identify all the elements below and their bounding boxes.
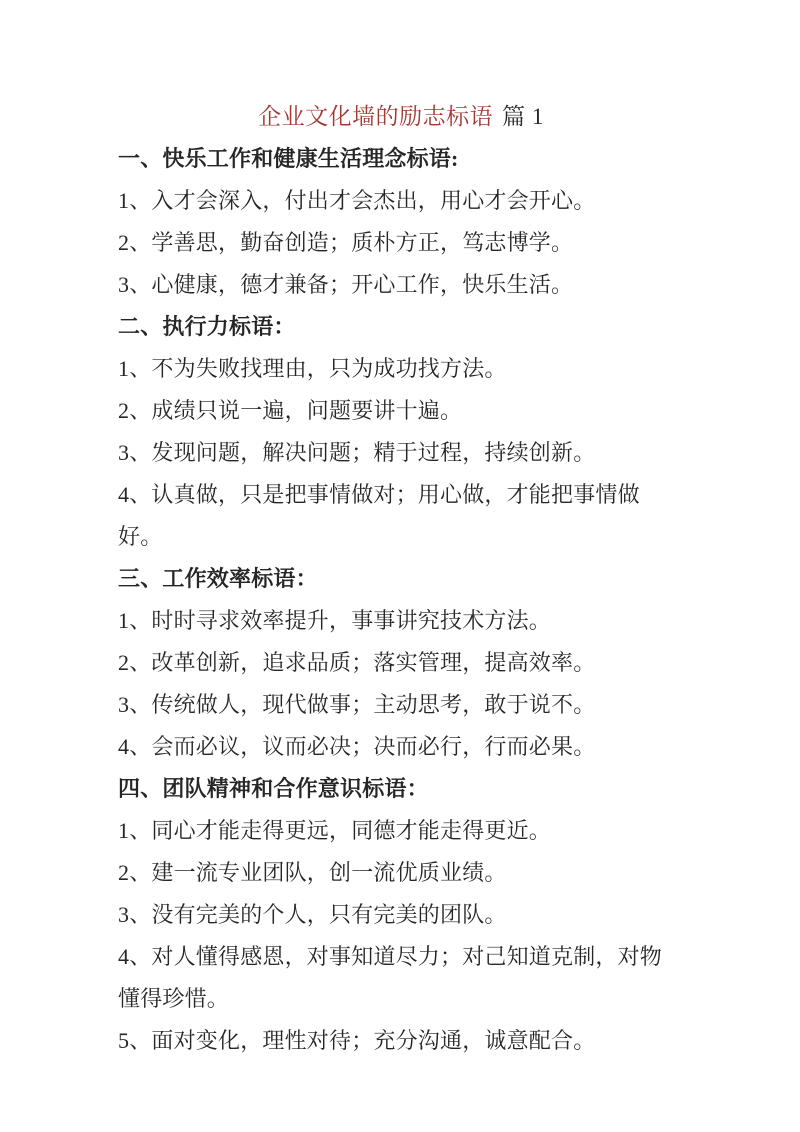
section-teamwork: 四、团队精神和合作意识标语： 1、同心才能走得更远，同德才能走得更近。 2、建一… (118, 768, 684, 1062)
section-happy-work: 一、快乐工作和健康生活理念标语: 1、入才会深入，付出才会杰出，用心才会开心。 … (118, 138, 684, 306)
slogan-item: 3、没有完美的个人，只有完美的团队。 (118, 894, 684, 936)
slogan-item: 2、改革创新，追求品质；落实管理，提高效率。 (118, 642, 684, 684)
slogan-item: 4、对人懂得感恩，对事知道尽力；对己知道克制，对物懂得珍惜。 (118, 936, 684, 1020)
slogan-item: 2、建一流专业团队，创一流优质业绩。 (118, 852, 684, 894)
page-title-suffix: 篇 1 (502, 104, 544, 129)
slogan-item: 4、会而必议，议而必决；决而必行，行而必果。 (118, 726, 684, 768)
slogan-item: 1、同心才能走得更远，同德才能走得更近。 (118, 810, 684, 852)
section-execution: 二、执行力标语： 1、不为失败找理由，只为成功找方法。 2、成绩只说一遍，问题要… (118, 306, 684, 558)
section-heading: 三、工作效率标语： (118, 558, 684, 600)
document-page: 企业文化墙的励志标语篇 1 一、快乐工作和健康生活理念标语: 1、入才会深入，付… (0, 0, 800, 1132)
slogan-item: 5、面对变化，理性对待；充分沟通，诚意配合。 (118, 1020, 684, 1062)
section-heading: 二、执行力标语： (118, 306, 684, 348)
slogan-item: 1、不为失败找理由，只为成功找方法。 (118, 348, 684, 390)
slogan-item: 3、传统做人，现代做事；主动思考，敢于说不。 (118, 684, 684, 726)
section-heading: 一、快乐工作和健康生活理念标语: (118, 138, 684, 180)
page-title-main: 企业文化墙的励志标语 (258, 104, 493, 129)
document-body: 企业文化墙的励志标语篇 1 一、快乐工作和健康生活理念标语: 1、入才会深入，付… (118, 0, 684, 1062)
slogan-item: 1、入才会深入，付出才会杰出，用心才会开心。 (118, 180, 684, 222)
slogan-item: 1、时时寻求效率提升，事事讲究技术方法。 (118, 600, 684, 642)
slogan-item: 4、认真做，只是把事情做对；用心做，才能把事情做好。 (118, 474, 684, 558)
slogan-item: 3、发现问题，解决问题；精于过程，持续创新。 (118, 432, 684, 474)
section-heading: 四、团队精神和合作意识标语： (118, 768, 684, 810)
slogan-item: 2、学善思，勤奋创造；质朴方正，笃志博学。 (118, 222, 684, 264)
slogan-item: 3、心健康，德才兼备；开心工作，快乐生活。 (118, 264, 684, 306)
page-title: 企业文化墙的励志标语篇 1 (118, 96, 684, 138)
section-efficiency: 三、工作效率标语： 1、时时寻求效率提升，事事讲究技术方法。 2、改革创新，追求… (118, 558, 684, 768)
slogan-item: 2、成绩只说一遍，问题要讲十遍。 (118, 390, 684, 432)
